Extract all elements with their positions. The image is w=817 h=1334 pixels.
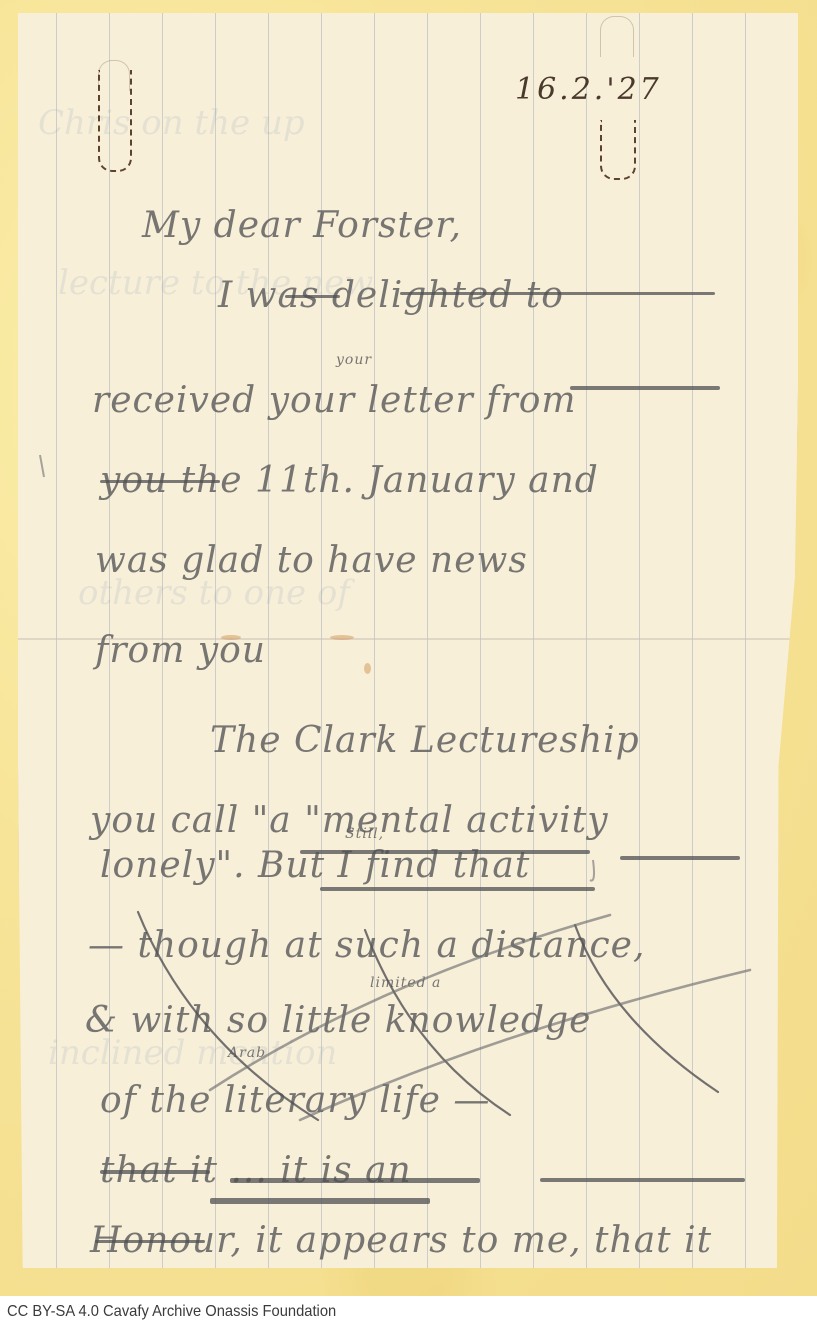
bleed-through-text: Chris on the up <box>38 103 305 143</box>
strikethrough <box>285 295 340 298</box>
strikethrough <box>540 1178 745 1182</box>
strikethrough <box>100 480 220 483</box>
insertion-limited: limited a <box>370 975 441 991</box>
strikethrough <box>230 1178 480 1183</box>
insertion-still: Still, <box>345 826 384 842</box>
line-4: was glad to have news <box>95 540 528 581</box>
paperclip-mark-right <box>600 120 636 180</box>
strikethrough <box>300 850 590 854</box>
ruled-line <box>56 13 57 1268</box>
stain <box>330 635 354 640</box>
ruled-line <box>586 13 587 1268</box>
strikethrough <box>100 1170 210 1174</box>
strikethrough <box>570 386 720 390</box>
ruled-line <box>692 13 693 1268</box>
stain <box>364 663 371 674</box>
strikethrough <box>95 1240 205 1243</box>
insertion-arab: Arab <box>228 1045 266 1061</box>
strikethrough <box>400 292 715 295</box>
paperclip-mark-right-top <box>600 16 634 57</box>
insertion-your: your <box>336 352 372 368</box>
letter-date: 16.2.'27 <box>515 72 662 107</box>
ruled-line <box>639 13 640 1268</box>
strikethrough <box>320 887 595 891</box>
line-1: I was delighted to <box>218 275 564 316</box>
line-10: & with so little knowledge <box>85 1000 591 1041</box>
line-9: — though at such a distance, <box>88 925 645 966</box>
line-6: The Clark Lectureship <box>210 720 640 761</box>
ruled-line <box>533 13 534 1268</box>
line-11: of the literary life — <box>100 1080 490 1121</box>
strikethrough <box>620 856 740 860</box>
paperclip-mark-left <box>98 70 132 172</box>
strikethrough <box>210 1198 430 1204</box>
salutation: My dear Forster, <box>142 205 462 246</box>
line-5: from you <box>95 630 266 671</box>
ruled-line <box>745 13 746 1268</box>
line-2: received your letter from <box>92 380 577 421</box>
license-caption: CC BY-SA 4.0 Cavafy Archive Onassis Foun… <box>7 1303 336 1321</box>
